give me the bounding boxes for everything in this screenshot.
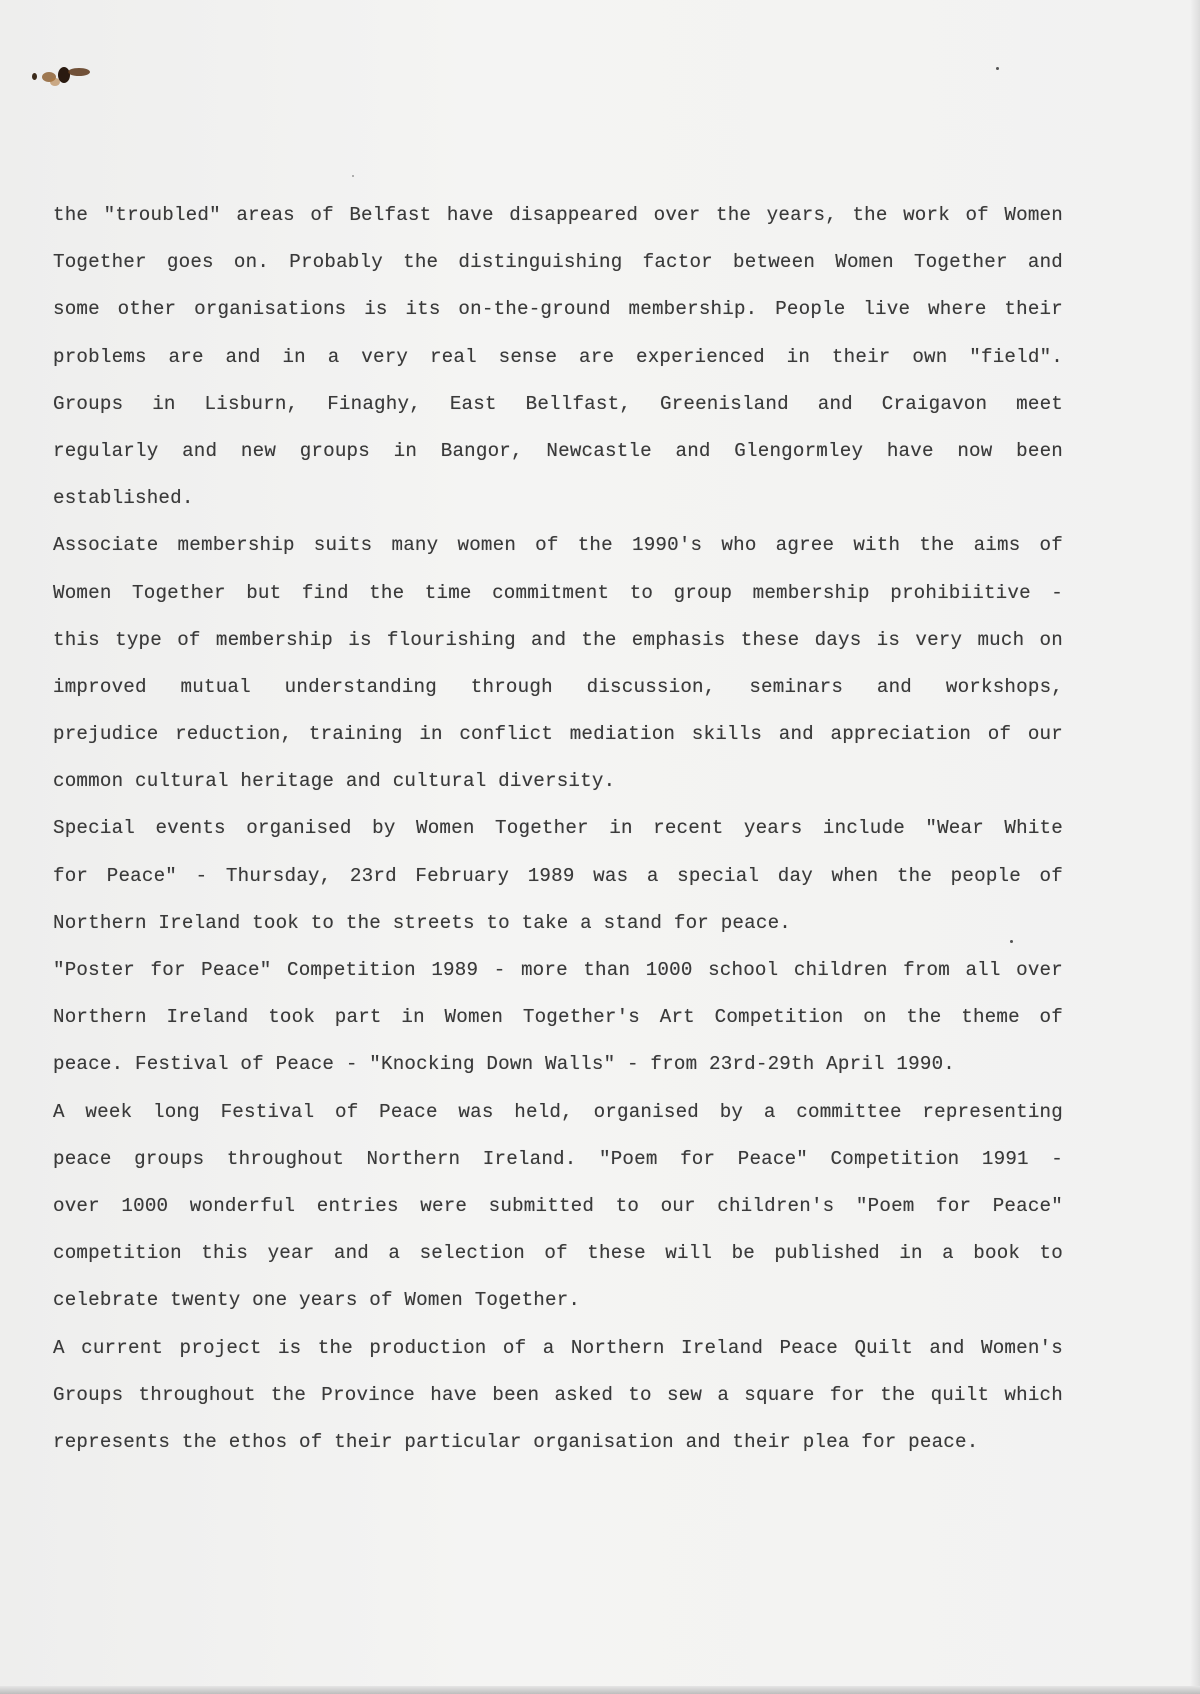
text-line: Special events organised by Women Togeth… bbox=[53, 805, 1063, 852]
text-line: established. bbox=[53, 475, 1063, 522]
text-line: problems are and in a very real sense ar… bbox=[53, 334, 1063, 381]
text-line: for Peace" - Thursday, 23rd February 198… bbox=[53, 853, 1063, 900]
text-line: celebrate twenty one years of Women Toge… bbox=[53, 1277, 1063, 1324]
text-line: represents the ethos of their particular… bbox=[53, 1419, 1063, 1466]
text-line: prejudice reduction, training in conflic… bbox=[53, 711, 1063, 758]
speck bbox=[996, 67, 999, 70]
text-line: "Poster for Peace" Competition 1989 - mo… bbox=[53, 947, 1063, 994]
text-line: competition this year and a selection of… bbox=[53, 1230, 1063, 1277]
text-line: peace. Festival of Peace - "Knocking Dow… bbox=[53, 1041, 1063, 1088]
text-line: the "troubled" areas of Belfast have dis… bbox=[53, 192, 1063, 239]
text-line: Northern Ireland took part in Women Toge… bbox=[53, 994, 1063, 1041]
text-line: peace groups throughout Northern Ireland… bbox=[53, 1136, 1063, 1183]
paragraph: Associate membership suits many women of… bbox=[53, 522, 1063, 805]
text-line: Together goes on. Probably the distingui… bbox=[53, 239, 1063, 286]
text-line: Groups in Lisburn, Finaghy, East Bellfas… bbox=[53, 381, 1063, 428]
document-body: the "troubled" areas of Belfast have dis… bbox=[53, 192, 1063, 1466]
text-line: regularly and new groups in Bangor, Newc… bbox=[53, 428, 1063, 475]
text-line: over 1000 wonderful entries were submitt… bbox=[53, 1183, 1063, 1230]
text-line: Women Together but find the time commitm… bbox=[53, 570, 1063, 617]
paragraph: "Poster for Peace" Competition 1989 - mo… bbox=[53, 947, 1063, 1089]
text-line: Groups throughout the Province have been… bbox=[53, 1372, 1063, 1419]
page-edge bbox=[0, 1686, 1200, 1694]
text-line: Associate membership suits many women of… bbox=[53, 522, 1063, 569]
speck bbox=[352, 175, 354, 177]
text-line: this type of membership is flourishing a… bbox=[53, 617, 1063, 664]
text-line: Northern Ireland took to the streets to … bbox=[53, 900, 1063, 947]
text-line: common cultural heritage and cultural di… bbox=[53, 758, 1063, 805]
paragraph: A week long Festival of Peace was held, … bbox=[53, 1089, 1063, 1325]
text-line: A current project is the production of a… bbox=[53, 1325, 1063, 1372]
text-line: A week long Festival of Peace was held, … bbox=[53, 1089, 1063, 1136]
page-edge bbox=[1190, 0, 1200, 1694]
paragraph: A current project is the production of a… bbox=[53, 1325, 1063, 1467]
scanned-page: the "troubled" areas of Belfast have dis… bbox=[0, 0, 1200, 1694]
text-line: improved mutual understanding through di… bbox=[53, 664, 1063, 711]
ink-stain-mark bbox=[30, 64, 102, 86]
text-line: some other organisations is its on-the-g… bbox=[53, 286, 1063, 333]
paragraph: the "troubled" areas of Belfast have dis… bbox=[53, 192, 1063, 522]
paragraph: Special events organised by Women Togeth… bbox=[53, 805, 1063, 947]
